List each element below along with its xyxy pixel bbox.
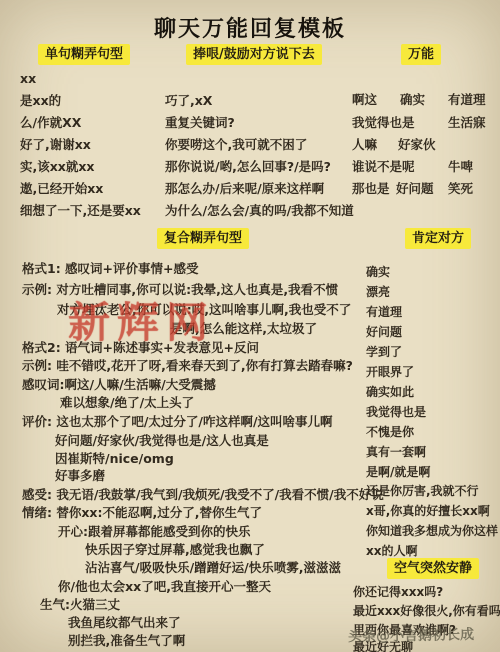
affirm-item: 还是你厉害,我就不行 [366, 485, 479, 499]
silence-item: 最近xxx好像很火,你有看吗? [353, 605, 500, 619]
compound-line: 别拦我,准备生气了啊 [68, 634, 185, 648]
section-header-universal: 万能 [401, 44, 441, 65]
poster-page: 聊天万能回复模板 单句糊弄句型 捧哏/鼓励对方说下去 万能 复合糊弄句型 肯定对… [0, 0, 500, 652]
compound-line: 你/他也太会xx了吧,我直接开心一整天 [58, 580, 271, 594]
compound-line: 沾沾喜气/吸吸快乐/蹭蹭好运/快乐喷雾,滋滋滋 [85, 561, 341, 575]
page-title: 聊天万能回复模板 [0, 12, 500, 43]
single-item: 是xx的 [20, 94, 61, 108]
affirm-item: 真有一套啊 [366, 446, 426, 460]
compound-line: 评价: 这也太那个了吧/太过分了/咋这样啊/这叫啥事儿啊 [22, 415, 333, 429]
encourage-item: 那你说说/哟,怎么回事?/是吗? [165, 160, 331, 174]
affirm-item: 漂亮 [366, 286, 390, 300]
universal-item: 啊这 [352, 93, 377, 107]
affirm-item: xx的人啊 [366, 545, 417, 559]
section-header-single: 单句糊弄句型 [38, 44, 130, 65]
universal-item: 好问题 [396, 182, 434, 196]
section-header-affirm: 肯定对方 [405, 228, 471, 249]
affirm-item: 学到了 [366, 346, 402, 360]
universal-item: 确实 [400, 93, 425, 107]
universal-item: 笑死 [448, 182, 473, 196]
single-item: 么/作就XX [20, 116, 81, 130]
section-header-encourage: 捧哏/鼓励对方说下去 [186, 44, 322, 65]
section-header-compound: 复合糊弄句型 [157, 228, 249, 249]
section-header-silence: 空气突然安静 [387, 558, 479, 579]
affirm-item: 确实 [366, 266, 390, 280]
encourage-item: 巧了,xX [165, 94, 212, 108]
encourage-item: 你要唠这个,我可就不困了 [165, 138, 307, 152]
single-item: 实,该xx就xx [20, 160, 95, 174]
compound-line: 开心:跟着屏幕都能感受到你的快乐 [58, 525, 251, 539]
encourage-item: 重复关键词? [165, 116, 235, 130]
universal-item: 我觉得也是 [352, 116, 415, 130]
affirm-item: 你知道我多想成为你这样 [366, 525, 498, 539]
universal-item: 人嘛 [352, 138, 377, 152]
compound-line: 格式1: 感叹词+评价事情+感受 [22, 262, 199, 276]
affirm-item: 确实如此 [366, 386, 414, 400]
silence-item: 你还记得xxx吗? [353, 586, 443, 600]
compound-line: 我鱼尾纹都气出来了 [68, 616, 181, 630]
compound-line: 好事多磨 [55, 469, 105, 483]
universal-item: 有道理 [448, 93, 486, 107]
universal-item: 好家伙 [398, 138, 436, 152]
affirm-item: 开眼界了 [366, 366, 414, 380]
compound-line: 因崔斯特/nice/omg [55, 452, 174, 466]
encourage-item: 那怎么办/后来呢/原来这样啊 [165, 182, 324, 196]
affirm-item: 有道理 [366, 306, 402, 320]
single-item: xx [20, 72, 36, 86]
universal-item: 那也是 [352, 182, 390, 196]
compound-line: 好问题/好家伙/我觉得也是/这人也真是 [55, 434, 269, 448]
compound-line: 生气:火猫三丈 [40, 598, 120, 612]
compound-line: 感叹词:啊这/人嘛/生活嘛/大受震撼 [22, 378, 216, 392]
single-item: 细想了一下,还是要xx [20, 204, 141, 218]
affirm-item: 我觉得也是 [366, 406, 426, 420]
single-item: 好了,谢谢xx [20, 138, 91, 152]
compound-line: 难以想象/绝了/太上头了 [60, 396, 194, 410]
affirm-item: 是啊/就是啊 [366, 466, 430, 480]
affirm-item: 好问题 [366, 326, 402, 340]
universal-item: 谁说不是呢 [352, 160, 415, 174]
universal-item: 牛啤 [448, 160, 473, 174]
compound-line: 示例: 哇不错哎,花开了呀,看来春天到了,你有打算去踏春嘛? [22, 359, 353, 373]
compound-line: 情绪: 替你xx:不能忍啊,过分了,替你生气了 [22, 506, 262, 520]
author-watermark-gray: 头条@小言鹅初长成 [348, 624, 474, 646]
affirm-item: x哥,你真的好擅长xx啊 [366, 505, 490, 519]
compound-line: 快乐因子穿过屏幕,感觉我也飘了 [85, 543, 265, 557]
compound-line: 感受: 我无语/我鼓掌/我气到/我烦死/我受不了/我看不惯/我不好说 [22, 488, 384, 502]
affirm-item: 不愧是你 [366, 426, 414, 440]
encourage-item: 为什么/怎么会/真的吗/我都不知道 [165, 204, 354, 218]
site-watermark-red: 新辉网 [68, 290, 215, 350]
single-item: 遨,已经开始xx [20, 182, 103, 196]
universal-item: 生活寐 [448, 116, 486, 130]
